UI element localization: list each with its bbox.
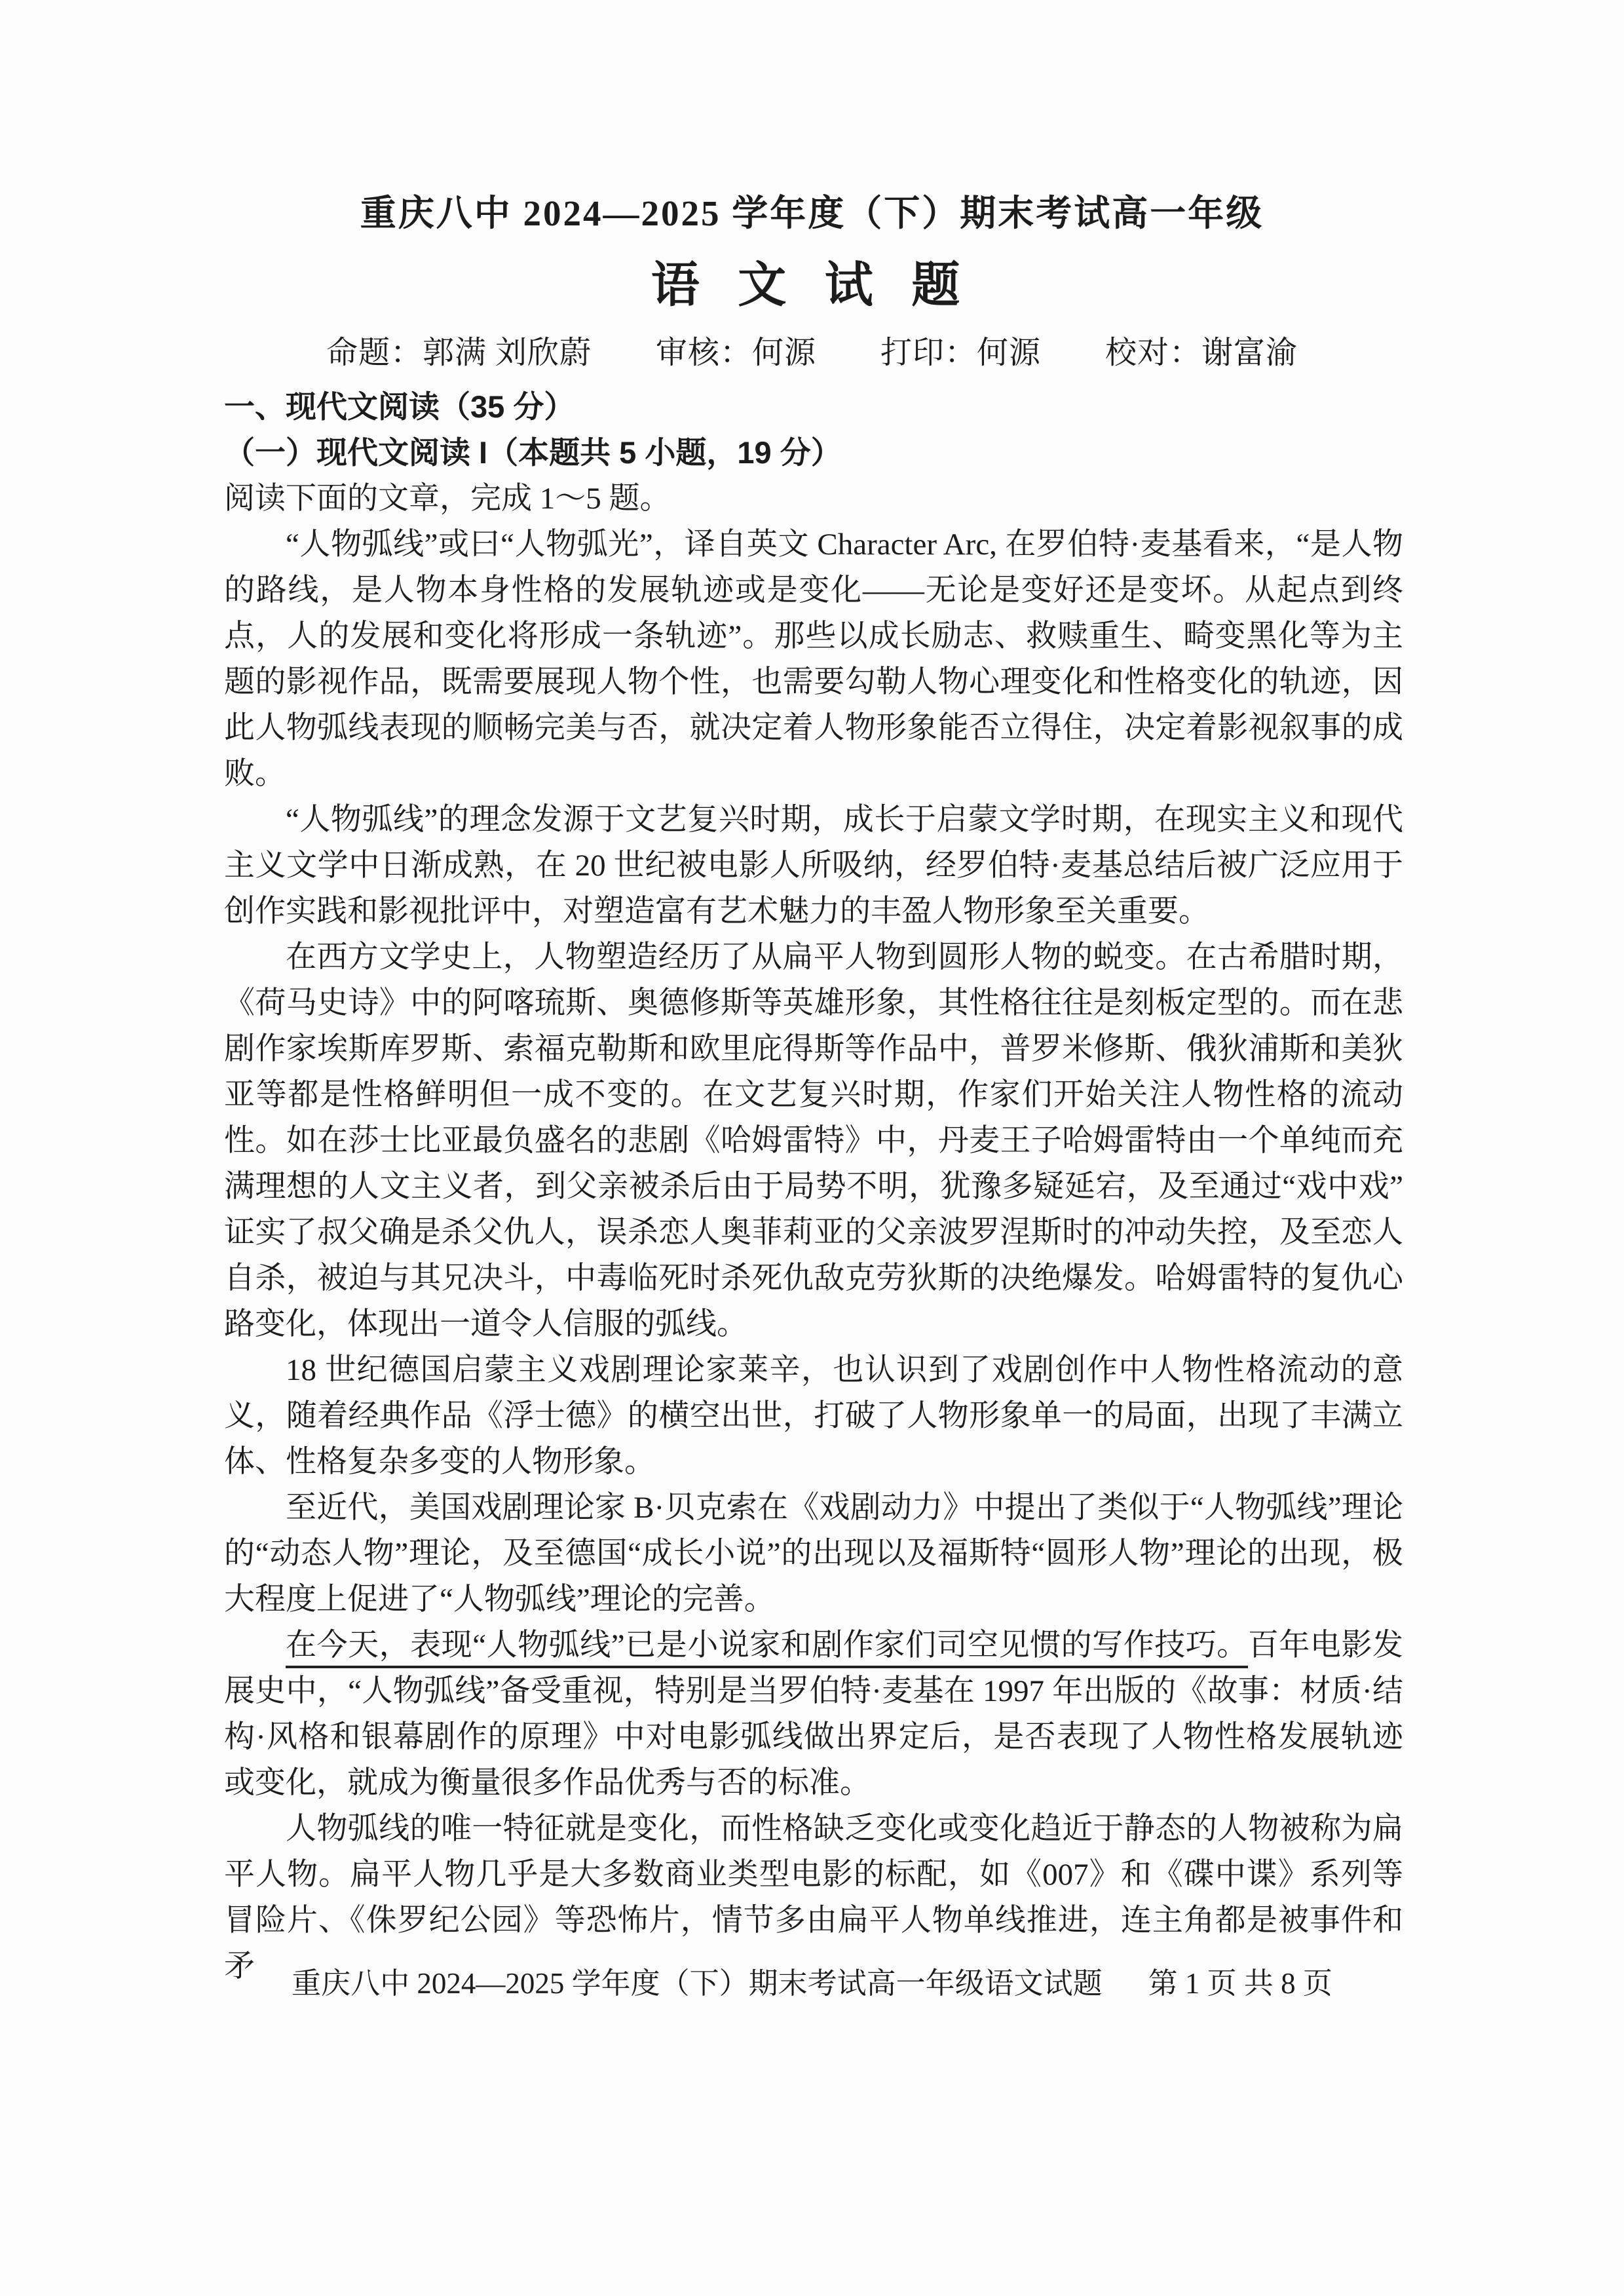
article-paragraph: “人物弧线”或曰“人物弧光”，译自英文 Character Arc, 在罗伯特·… [224,522,1403,797]
subsection-heading: （一）现代文阅读 I（本题共 5 小题，19 分） [224,430,1403,476]
footer-page-number: 第 1 页 共 8 页 [1148,1961,1332,2006]
paper-credits-line: 命题：郭满 刘欣蔚 审核：何源 打印：何源 校对：谢富渝 [0,330,1624,376]
paper-body: 一、现代文阅读（35 分） （一）现代文阅读 I（本题共 5 小题，19 分） … [0,384,1624,1989]
article-paragraph: “人物弧线”的理念发源于文艺复兴时期，成长于启蒙文学时期，在现实主义和现代主义文… [224,797,1403,934]
article-paragraph: 至近代，美国戏剧理论家 B·贝克索在《戏剧动力》中提出了类似于“人物弧线”理论的… [224,1485,1403,1622]
reading-instruction: 阅读下面的文章，完成 1～5 题。 [224,476,1403,522]
section-heading: 一、现代文阅读（35 分） [224,384,1403,430]
article-paragraph: 在今天，表现“人物弧线”已是小说家和剧作家们司空见惯的写作技巧。百年电影发展史中… [224,1622,1403,1806]
article-paragraph: 18 世纪德国启蒙主义戏剧理论家莱辛，也认识到了戏剧创作中人物性格流动的意义，随… [224,1347,1403,1485]
footer-paper-title: 重庆八中 2024—2025 学年度（下）期末考试高一年级语文试题 [292,1961,1103,2006]
exam-paper-page: 重庆八中 2024—2025 学年度（下）期末考试高一年级 语 文 试 题 命题… [0,0,1624,2296]
subject-title: 语 文 试 题 [0,254,1624,317]
page-footer: 重庆八中 2024—2025 学年度（下）期末考试高一年级语文试题 第 1 页 … [0,1961,1624,2006]
page-title: 重庆八中 2024—2025 学年度（下）期末考试高一年级 [0,190,1624,237]
article-paragraph: 在西方文学史上，人物塑造经历了从扁平人物到圆形人物的蜕变。在古希腊时期，《荷马史… [224,934,1403,1347]
underlined-sentence: 在今天，表现“人物弧线”已是小说家和剧作家们司空见惯的写作技巧。 [286,1628,1248,1668]
